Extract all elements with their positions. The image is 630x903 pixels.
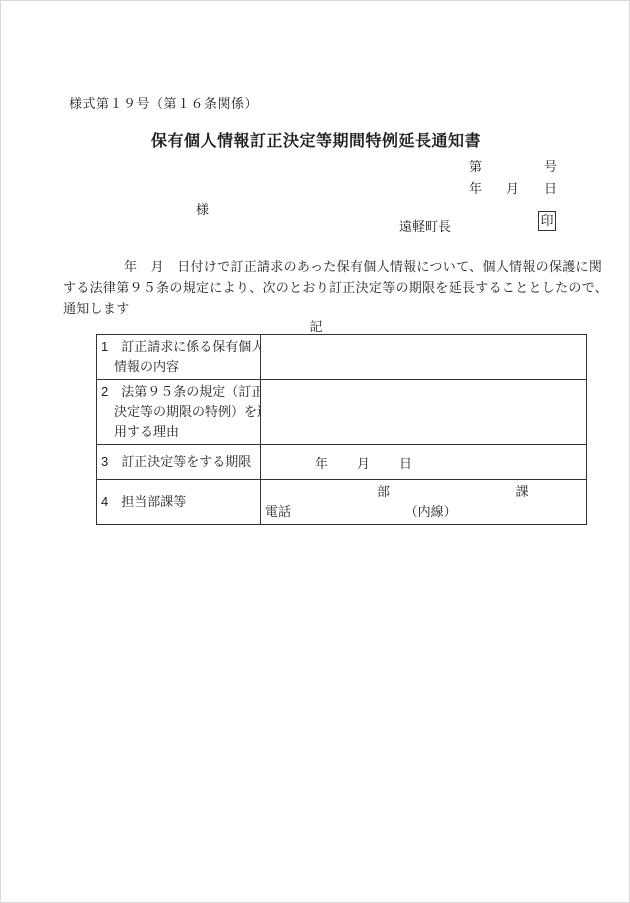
- body-paragraph-line: する法律第９５条の規定により、次のとおり訂正決定等の期限を延長することとしたので…: [63, 277, 578, 298]
- row-value-cell: [261, 380, 587, 445]
- row-label-line: 用する理由: [101, 422, 256, 442]
- body-paragraph-line: 年 月 日付けで訂正請求のあった保有個人情報について、個人情報の保護に関: [63, 256, 578, 277]
- deadline-date-placeholder: 年 月 日: [265, 453, 582, 472]
- extension-label: （内線）: [405, 502, 457, 522]
- row-value-cell: 部 課 電話 （内線）: [261, 480, 587, 525]
- document-page: 様式第１９号（第１６条関係） 保有個人情報訂正決定等期間特例延長通知書 第 号 …: [0, 0, 630, 903]
- department-suffix-label: 部: [377, 482, 390, 502]
- seal-stamp-label: 印: [540, 213, 553, 228]
- issue-date-year-label: 年: [469, 178, 482, 197]
- seal-stamp-box: 印: [538, 211, 556, 231]
- section-suffix-label: 課: [516, 482, 529, 502]
- row-label-cell: 1 訂正請求に係る保有個人 情報の内容: [97, 335, 261, 380]
- issue-date-month-label: 月: [506, 178, 519, 197]
- sender-name: 遠軽町長: [399, 216, 451, 235]
- table-row: 4 担当部課等 部 課 電話 （内線）: [97, 480, 587, 525]
- table-row: 2 法第９５条の規定（訂正 決定等の期限の特例）を適 用する理由: [97, 380, 587, 445]
- form-number-label: 様式第１９号（第１６条関係）: [69, 93, 258, 112]
- doc-number-suffix: 号: [544, 156, 557, 175]
- row-value-cell: 年 月 日: [261, 445, 587, 480]
- doc-number-prefix: 第: [469, 156, 482, 175]
- table-row: 3 訂正決定等をする期限 年 月 日: [97, 445, 587, 480]
- row-label-line: 決定等の期限の特例）を適: [101, 402, 256, 422]
- row-label-line: 情報の内容: [101, 357, 256, 377]
- row-label-cell: 2 法第９５条の規定（訂正 決定等の期限の特例）を適 用する理由: [97, 380, 261, 445]
- form-table: 1 訂正請求に係る保有個人 情報の内容 2 法第９５条の規定（訂正 決定等の期限…: [96, 334, 587, 525]
- row-label-line: 1 訂正請求に係る保有個人: [101, 337, 256, 357]
- issue-date-day-label: 日: [544, 178, 557, 197]
- table-row: 1 訂正請求に係る保有個人 情報の内容: [97, 335, 587, 380]
- addressee-suffix-label: 様: [196, 199, 209, 218]
- row-label-line: 3 訂正決定等をする期限: [101, 452, 256, 472]
- row-label-line: 2 法第９５条の規定（訂正: [101, 382, 256, 402]
- row-label-cell: 3 訂正決定等をする期限: [97, 445, 261, 480]
- row-label-cell: 4 担当部課等: [97, 480, 261, 525]
- row-value-cell: [261, 335, 587, 380]
- row-label-line: 4 担当部課等: [101, 492, 256, 512]
- phone-label: 電話: [265, 502, 291, 522]
- section-marker: 記: [1, 316, 630, 335]
- document-title: 保有個人情報訂正決定等期間特例延長通知書: [1, 128, 630, 151]
